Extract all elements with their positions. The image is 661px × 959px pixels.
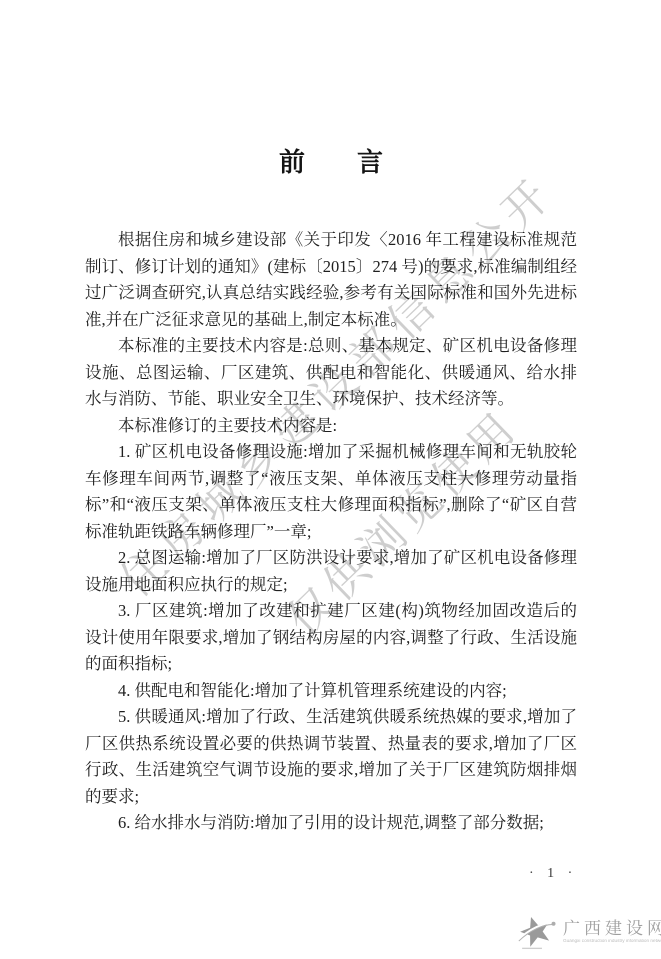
paragraph: 本标准的主要技术内容是:总则、基本规定、矿区机电设备修理设施、总图运输、厂区建筑… — [85, 333, 577, 413]
paragraph: 根据住房和城乡建设部《关于印发〈2016 年工程建设标准规范制订、修订计划的通知… — [85, 227, 577, 333]
publisher-logo-text: 广西建设网 — [563, 919, 661, 939]
paragraph: 4. 供配电和智能化:增加了计算机管理系统建设的内容; — [85, 678, 577, 705]
paragraph: 1. 矿区机电设备修理设施:增加了采掘机械修理车间和无轨胶轮车修理车间两节,调整… — [85, 439, 577, 545]
paragraph: 5. 供暖通风:增加了行政、生活建筑供暖系统热媒的要求,增加了厂区供热系统设置必… — [85, 704, 577, 810]
page-number: · 1 · — [529, 866, 577, 882]
paragraph: 本标准修订的主要技术内容是: — [85, 413, 577, 440]
document-page: 住房城乡建设部信息公开 仅供浏览使用 前 言 根据住房和城乡建设部《关于印发〈2… — [0, 0, 661, 959]
paragraph: 3. 厂区建筑:增加了改建和扩建厂区建(构)筑物经加固改造后的设计使用年限要求,… — [85, 598, 577, 678]
paragraph: 6. 给水排水与消防:增加了引用的设计规范,调整了部分数据; — [85, 810, 577, 837]
page-title: 前 言 — [85, 147, 577, 177]
star-logo-icon — [517, 913, 557, 951]
publisher-logo-tagline: Guangxi construction industry informatio… — [563, 939, 661, 944]
paragraph: 2. 总图运输:增加了厂区防洪设计要求,增加了矿区机电设备修理设施用地面积应执行… — [85, 545, 577, 598]
publisher-logo: 广西建设网 Guangxi construction industry info… — [517, 911, 661, 951]
document-body: 根据住房和城乡建设部《关于印发〈2016 年工程建设标准规范制订、修订计划的通知… — [85, 227, 577, 837]
